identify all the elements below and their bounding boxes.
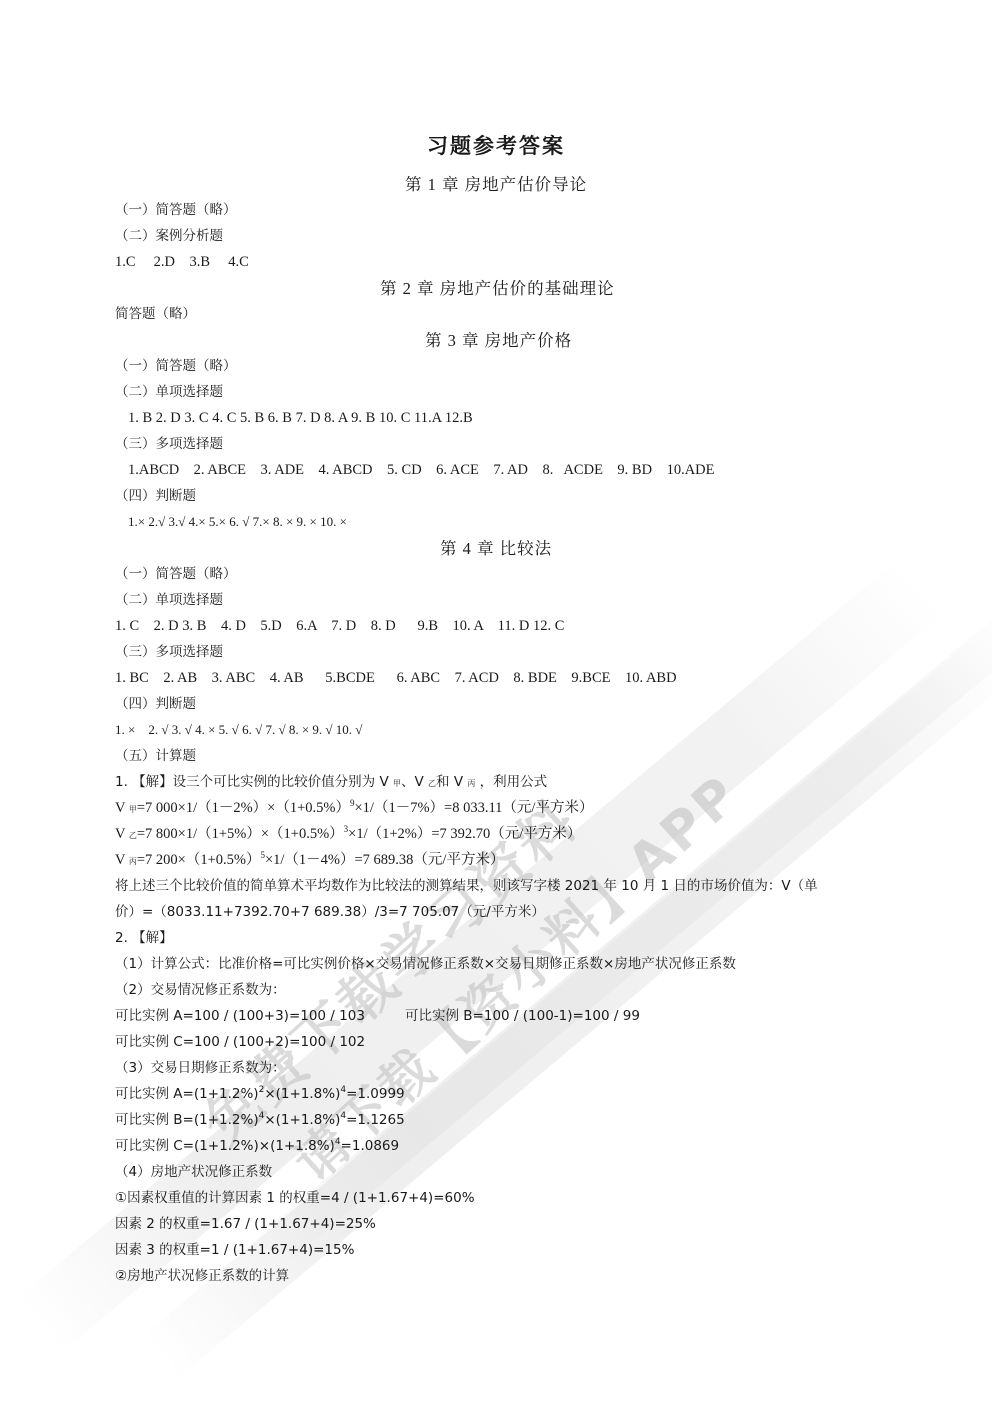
watermark-text-line2: 请下载【资小料】APP [275,754,754,1195]
calc2-intro: 2. 【解】 [115,929,173,947]
ch4-section-2-label: （二）单项选择题 [115,591,223,609]
ch3-section-4-label: （四）判断题 [115,487,196,505]
v-yi-formula-b: ×1/（1+2%）=7 392.70（元/平方米） [348,826,581,842]
calc2-date-b: 可比实例 B=(1+1.2%)4×(1+1.8%)4=1.1265 [115,1111,405,1129]
subscript-yi: 乙 [129,831,137,840]
ch3-section-3-label: （三）多项选择题 [115,435,223,453]
calc2-weight3: 因素 3 的权重=1 / (1+1.67+4)=15% [115,1241,354,1259]
date-b-part1: 可比实例 B=(1+1.2%) [115,1112,259,1128]
v-symbol: V [115,826,129,842]
date-b-part2: ×(1+1.8%) [264,1112,340,1128]
calc2-step4b: ②房地产状况修正系数的计算 [115,1267,289,1285]
ch1-section-2-answers: 1.C 2.D 3.B 4.C [115,253,249,271]
calc1-v-jia: V 甲=7 000×1/（1－2%）×（1+0.5%）9×1/（1－7%）=8 … [115,799,593,819]
ch2-section-1-label: 简答题（略） [115,305,196,323]
v-bing-formula-b: ×1/（1－4%）=7 689.38（元/平方米） [265,852,505,868]
calc2-step2: （2）交易情况修正系数为： [115,981,286,999]
ch4-section-1-label: （一）简答题（略） [115,565,237,583]
date-c-part2: =1.0869 [341,1138,400,1154]
v-bing-formula-a: =7 200×（1+0.5%） [137,852,261,868]
ch3-section-2-answers: 1. B 2. D 3. C 4. C 5. B 6. B 7. D 8. A … [128,409,473,427]
calc1-intro-end: ，利用公式 [475,774,547,790]
v-symbol: V [115,852,129,868]
chapter-2-heading: 第 2 章 房地产估价的基础理论 [380,279,615,299]
ch3-section-4-answers: 1.× 2.√ 3.√ 4.× 5.× 6. √ 7.× 8. × 9. × 1… [128,513,347,531]
subscript-bing: 丙 [129,857,137,866]
calc2-date-a: 可比实例 A=(1+1.2%)2×(1+1.8%)4=1.0999 [115,1085,405,1103]
calc2-step3: （3）交易日期修正系数为： [115,1059,286,1077]
calc1-intro: 1. 【解】设三个可比实例的比较价值分别为 V 甲、V 乙和 V 丙 ，利用公式 [115,773,547,793]
date-a-part1: 可比实例 A=(1+1.2%) [115,1086,259,1102]
date-a-part3: =1.0999 [346,1086,405,1102]
calc1-v-yi: V 乙=7 800×1/（1+5%）×（1+0.5%）3×1/（1+2%）=7 … [115,825,581,845]
calc1-v-bing: V 丙=7 200×（1+0.5%）5×1/（1－4%）=7 689.38（元/… [115,851,504,871]
ch1-section-1-label: （一）简答题（略） [115,201,237,219]
date-a-part2: ×(1+1.8%) [264,1086,340,1102]
ch4-section-4-label: （四）判断题 [115,695,196,713]
ch4-section-3-answers: 1. BC 2. AB 3. ABC 4. AB 5.BCDE 6. ABC 7… [115,669,677,687]
calc2-step1: （1）计算公式：比准价格=可比实例价格×交易情况修正系数×交易日期修正系数×房地… [115,955,736,973]
subscript-jia: 甲 [393,779,401,788]
calc1-summary-line2: 价）=（8033.11+7392.70+7 689.38）/3=7 705.07… [115,903,545,921]
watermark-band [247,602,992,1275]
date-c-part1: 可比实例 C=(1+1.2%)×(1+1.8%) [115,1138,335,1154]
calc1-sep1: 、V [401,774,428,790]
ch4-section-3-label: （三）多项选择题 [115,643,223,661]
chapter-4-heading: 第 4 章 比较法 [440,539,552,559]
ch1-section-2-label: （二）案例分析题 [115,227,223,245]
v-symbol: V [115,800,129,816]
ch3-section-1-label: （一）简答题（略） [115,357,237,375]
calc2-weight1: ①因素权重值的计算因素 1 的权重=4 / (1+1.67+4)=60% [115,1189,475,1207]
chapter-3-heading: 第 3 章 房地产价格 [425,331,572,351]
calc2-weight2: 因素 2 的权重=1.67 / (1+1.67+4)=25% [115,1215,376,1233]
ch4-section-2-answers: 1. C 2. D 3. B 4. D 5.D 6.A 7. D 8. D 9.… [115,617,564,635]
date-b-part3: =1.1265 [346,1112,405,1128]
calc2-trade-a: 可比实例 A=100 / (100+3)=100 / 103 [115,1007,365,1025]
calc1-intro-text: 1. 【解】设三个可比实例的比较价值分别为 V [115,774,393,790]
subscript-jia: 甲 [129,805,137,814]
v-yi-formula-a: =7 800×1/（1+5%）×（1+0.5%） [137,826,344,842]
subscript-yi: 乙 [428,779,436,788]
ch3-section-3-answers: 1.ABCD 2. ABCE 3. ADE 4. ABCD 5. CD 6. A… [128,461,715,479]
v-jia-formula-b: ×1/（1－7%）=8 033.11（元/平方米） [355,800,594,816]
ch4-section-4-answers: 1. × 2. √ 3. √ 4. × 5. √ 6. √ 7. √ 8. × … [115,721,362,739]
calc1-sep2: 和 V [436,774,467,790]
ch3-section-2-label: （二）单项选择题 [115,383,223,401]
calc2-date-c: 可比实例 C=(1+1.2%)×(1+1.8%)4=1.0869 [115,1137,399,1155]
page-title: 习题参考答案 [0,130,992,160]
calc1-summary-line1: 将上述三个比较价值的简单算术平均数作为比较法的测算结果，则该写字楼 2021 年… [115,877,818,895]
calc2-trade-b: 可比实例 B=100 / (100-1)=100 / 99 [405,1007,640,1025]
chapter-1-heading: 第 1 章 房地产估价导论 [405,175,587,195]
calc2-trade-c: 可比实例 C=100 / (100+2)=100 / 102 [115,1033,365,1051]
v-jia-formula-a: =7 000×1/（1－2%）×（1+0.5%） [137,800,350,816]
calc2-step4: （4）房地产状况修正系数 [115,1163,272,1181]
ch4-section-5-label: （五）计算题 [115,747,196,765]
